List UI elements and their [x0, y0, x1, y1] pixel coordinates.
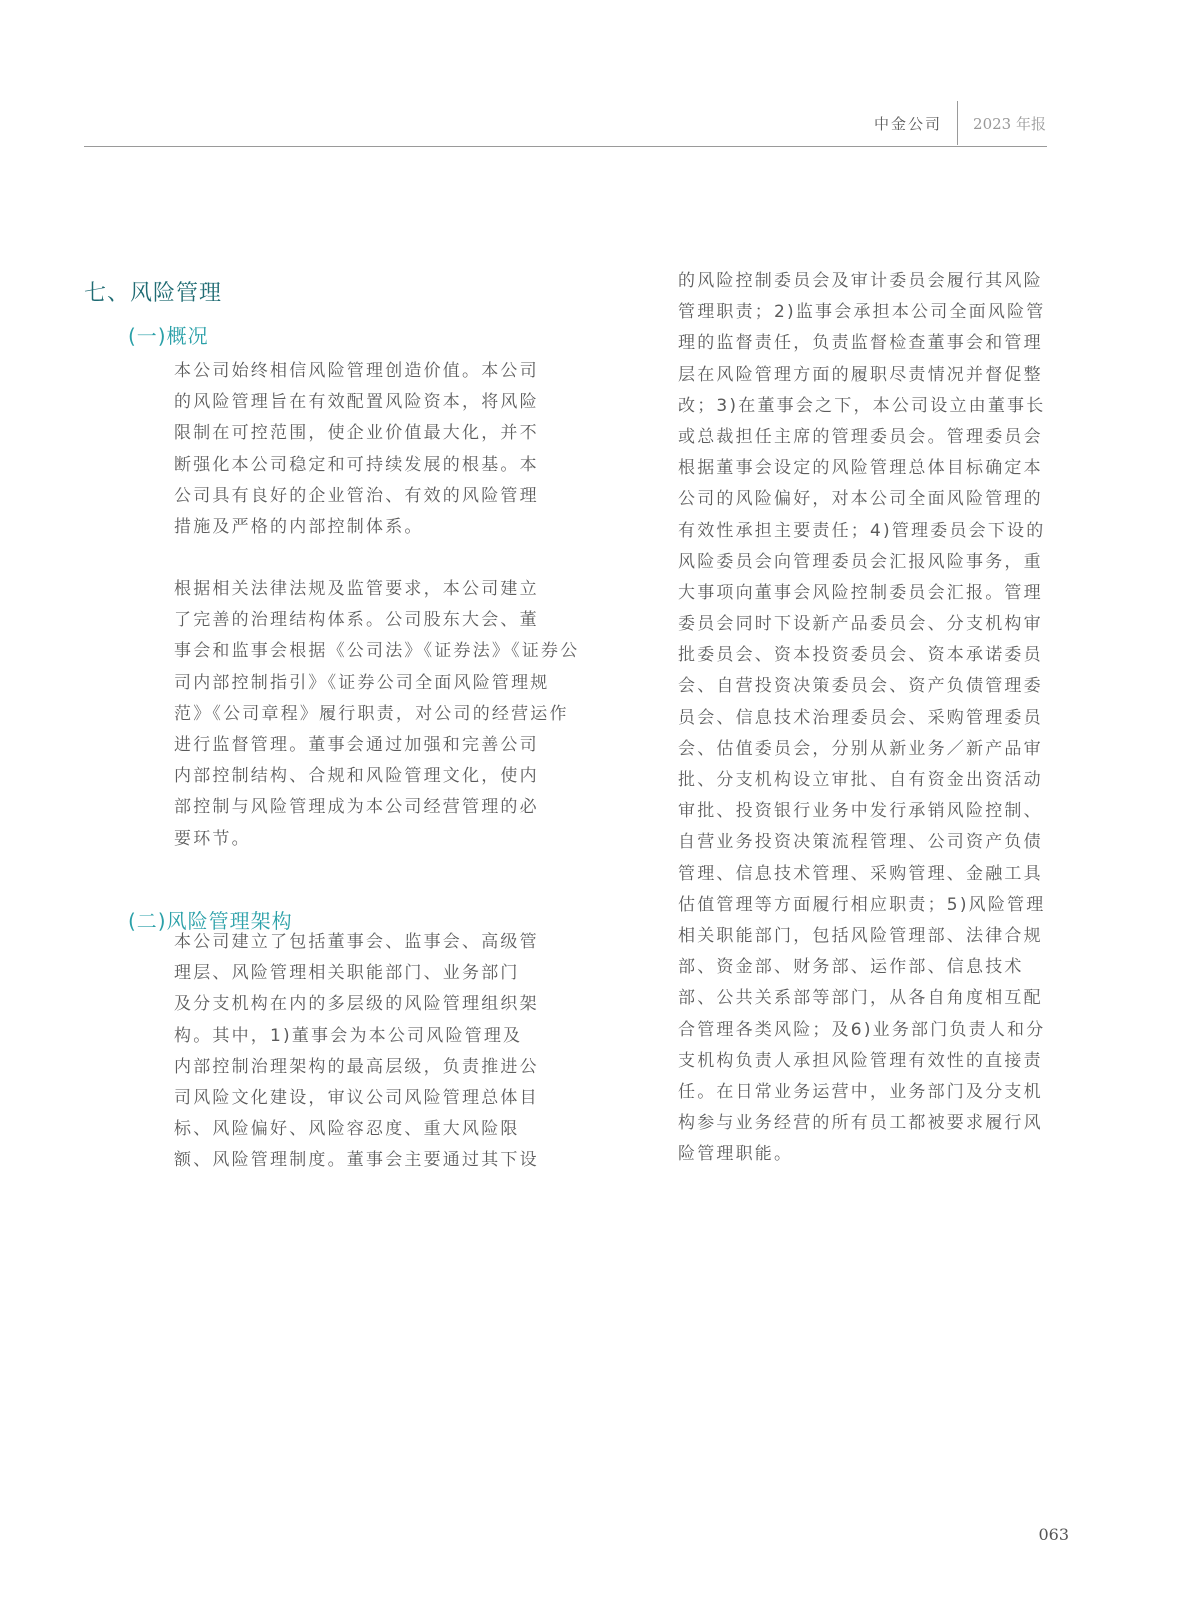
text-line: 限制在可控范围，使企业价值最大化，并不 [174, 418, 554, 449]
text-line: 部、公共关系部等部门，从各自角度相互配 [678, 983, 1058, 1014]
text-line: 会、估值委员会，分别从新业务／新产品审 [678, 734, 1058, 765]
text-line: 了完善的治理结构体系。公司股东大会、董 [174, 605, 554, 636]
text-line: 根据董事会设定的风险管理总体目标确定本 [678, 453, 1058, 484]
section-title: 七、风险管理 [84, 276, 222, 307]
text-line: 事会和监事会根据《公司法》《证券法》《证券公 [174, 636, 554, 667]
text-line: 的风险管理旨在有效配置风险资本，将风险 [174, 387, 554, 418]
text-line: 要环节。 [174, 824, 554, 855]
text-line: 相关职能部门，包括风险管理部、法律合规 [678, 921, 1058, 952]
text-line: 理层、风险管理相关职能部门、业务部门 [174, 958, 554, 989]
text-line: 险管理职能。 [678, 1139, 1058, 1170]
header-report-title: 2023 年报 [973, 113, 1046, 134]
text-line: 的风险控制委员会及审计委员会履行其风险 [678, 266, 1058, 297]
text-line: 层在风险管理方面的履职尽责情况并督促整 [678, 360, 1058, 391]
text-line: 估值管理等方面履行相应职责；5)风险管理 [678, 890, 1058, 921]
text-line: 范》《公司章程》履行职责，对公司的经营运作 [174, 699, 554, 730]
running-header: 中金公司 2023 年报 [84, 95, 1046, 145]
text-line: 有效性承担主要责任；4)管理委员会下设的 [678, 516, 1058, 547]
text-line: 委员会同时下设新产品委员会、分支机构审 [678, 609, 1058, 640]
text-line: 额、风险管理制度。董事会主要通过其下设 [174, 1145, 554, 1176]
text-line: 风险委员会向管理委员会汇报风险事务，重 [678, 547, 1058, 578]
text-line: 改；3)在董事会之下，本公司设立由董事长 [678, 391, 1058, 422]
text-line: 批、分支机构设立审批、自有资金出资活动 [678, 765, 1058, 796]
header-divider [957, 101, 958, 145]
page-number: 063 [1038, 1525, 1069, 1544]
text-line: 部控制与风险管理成为本公司经营管理的必 [174, 792, 554, 823]
text-line: 本公司建立了包括董事会、监事会、高级管 [174, 927, 554, 958]
text-line: 措施及严格的内部控制体系。 [174, 512, 554, 543]
text-line: 任。在日常业务运营中，业务部门及分支机 [678, 1077, 1058, 1108]
text-line: 会、自营投资决策委员会、资产负债管理委 [678, 671, 1058, 702]
text-line: 构。其中，1)董事会为本公司风险管理及 [174, 1021, 554, 1052]
text-line: 司风险文化建设，审议公司风险管理总体目 [174, 1083, 554, 1114]
text-line: 理的监督责任，负责监督检查董事会和管理 [678, 328, 1058, 359]
text-line: 断强化本公司稳定和可持续发展的根基。本 [174, 450, 554, 481]
text-line: 审批、投资银行业务中发行承销风险控制、 [678, 796, 1058, 827]
header-company-name: 中金公司 [874, 113, 942, 134]
text-line: 根据相关法律法规及监管要求，本公司建立 [174, 574, 554, 605]
text-line: 及分支机构在内的多层级的风险管理组织架 [174, 989, 554, 1020]
paragraph-overview-2: 根据相关法律法规及监管要求，本公司建立 了完善的治理结构体系。公司股东大会、董 … [174, 574, 554, 855]
header-rule [84, 146, 1047, 147]
subsection-title-overview: (一)概况 [128, 320, 209, 349]
text-line: 内部控制治理架构的最高层级，负责推进公 [174, 1052, 554, 1083]
text-line: 员会、信息技术治理委员会、采购管理委员 [678, 703, 1058, 734]
text-line: 大事项向董事会风险控制委员会汇报。管理 [678, 578, 1058, 609]
text-line: 部、资金部、财务部、运作部、信息技术 [678, 952, 1058, 983]
paragraph-risk-structure-1: 本公司建立了包括董事会、监事会、高级管 理层、风险管理相关职能部门、业务部门 及… [174, 927, 554, 1177]
text-line: 或总裁担任主席的管理委员会。管理委员会 [678, 422, 1058, 453]
text-line: 管理职责；2)监事会承担本公司全面风险管 [678, 297, 1058, 328]
text-line: 进行监督管理。董事会通过加强和完善公司 [174, 730, 554, 761]
text-line: 内部控制结构、合规和风险管理文化，使内 [174, 761, 554, 792]
text-line: 司内部控制指引》《证券公司全面风险管理规 [174, 668, 554, 699]
paragraph-risk-structure-2: 的风险控制委员会及审计委员会履行其风险 管理职责；2)监事会承担本公司全面风险管… [678, 266, 1058, 1170]
text-line: 公司具有良好的企业管治、有效的风险管理 [174, 481, 554, 512]
paragraph-overview-1: 本公司始终相信风险管理创造价值。本公司 的风险管理旨在有效配置风险资本，将风险 … [174, 356, 554, 543]
text-line: 构参与业务经营的所有员工都被要求履行风 [678, 1108, 1058, 1139]
text-line: 自营业务投资决策流程管理、公司资产负债 [678, 827, 1058, 858]
text-line: 公司的风险偏好，对本公司全面风险管理的 [678, 484, 1058, 515]
text-line: 合管理各类风险；及6)业务部门负责人和分 [678, 1015, 1058, 1046]
text-line: 管理、信息技术管理、采购管理、金融工具 [678, 859, 1058, 890]
text-line: 标、风险偏好、风险容忍度、重大风险限 [174, 1114, 554, 1145]
text-line: 支机构负责人承担风险管理有效性的直接责 [678, 1046, 1058, 1077]
text-line: 本公司始终相信风险管理创造价值。本公司 [174, 356, 554, 387]
text-line: 批委员会、资本投资委员会、资本承诺委员 [678, 640, 1058, 671]
